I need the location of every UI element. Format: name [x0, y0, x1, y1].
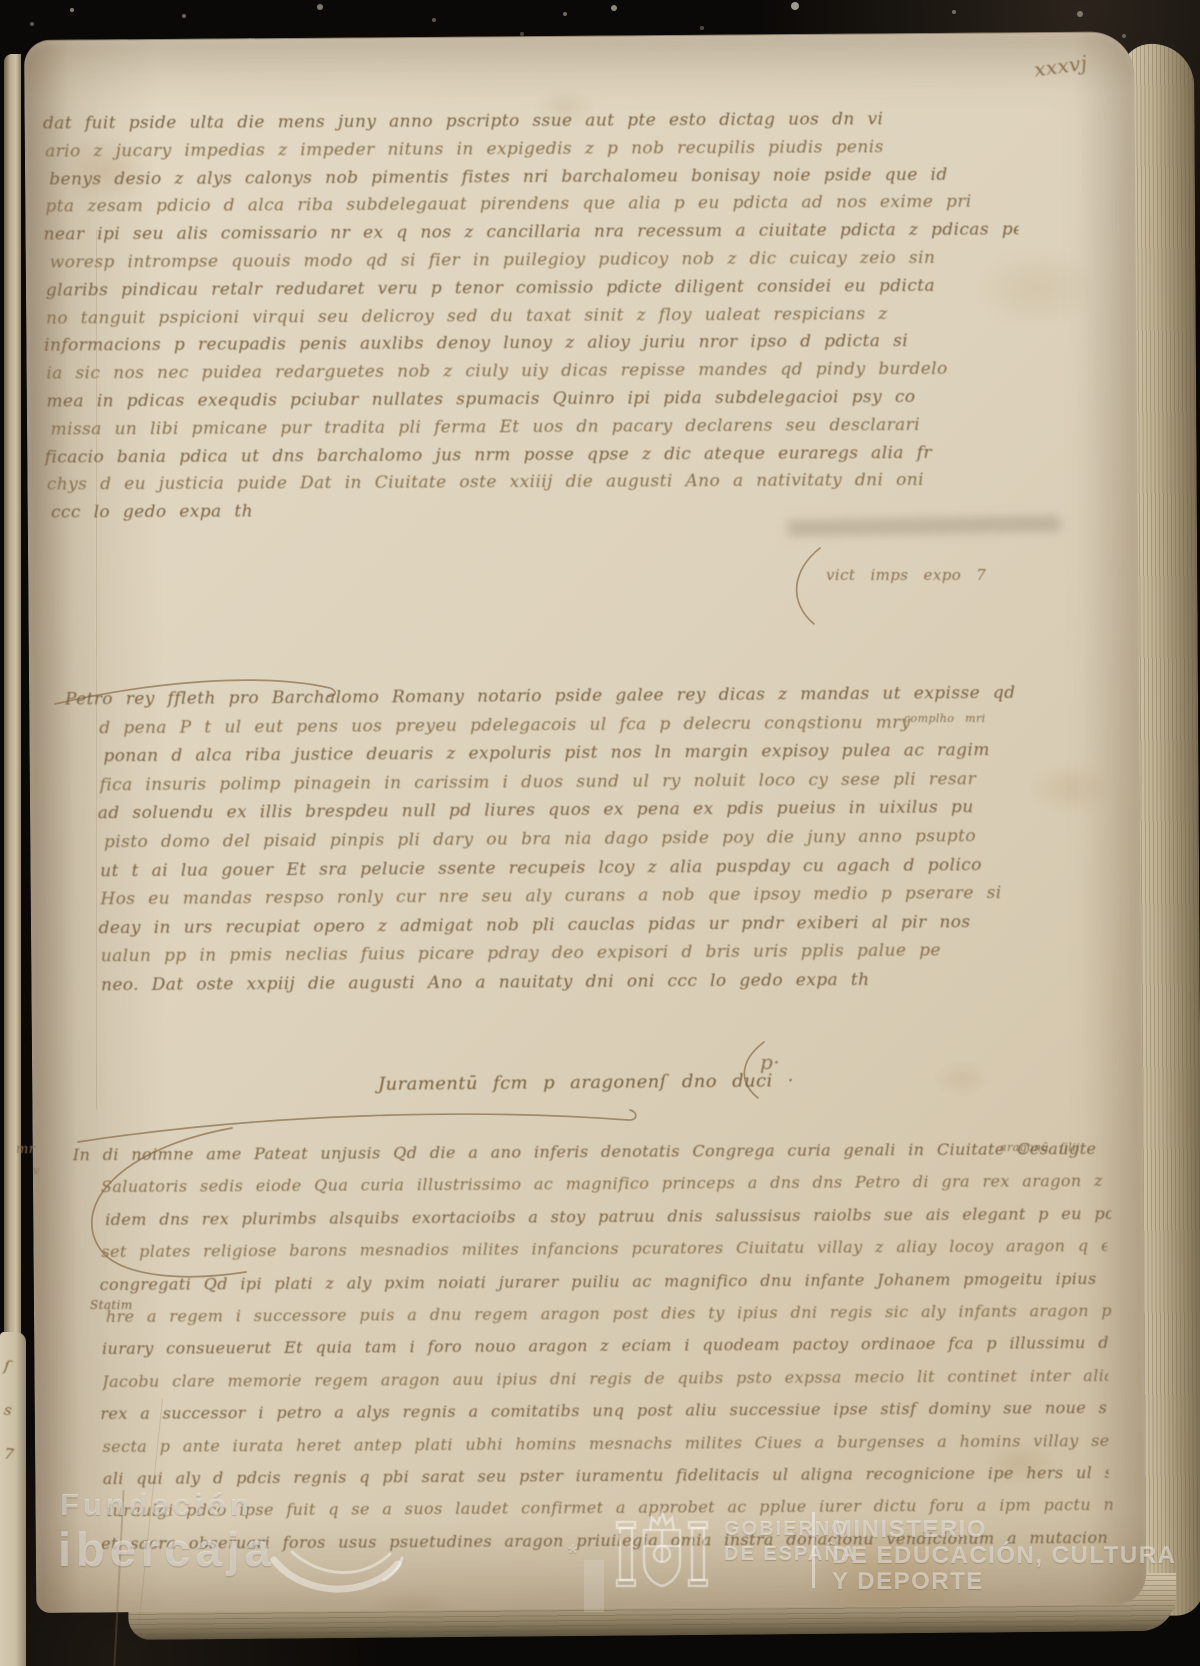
ibercaja-watermark-line2: ibercaja	[58, 1522, 276, 1577]
manuscript-line: informacions p recupadis penis auxlibs d…	[44, 328, 1019, 361]
section-heading: Juramentū fcm p aragonenſ dno duci ·	[378, 1070, 794, 1095]
manuscript-line: hre a regem i successore puis a dnu rege…	[106, 1295, 1112, 1334]
manuscript-line: rex a successor i petro a alys regnis a …	[100, 1392, 1106, 1431]
ibercaja-swoosh-icon	[266, 1534, 406, 1606]
manuscript-line: dat fuit pside ulta die mens juny anno p…	[43, 105, 1018, 138]
previous-page-sliver: ſs7	[0, 1332, 26, 1666]
ministerio-watermark-line1: MINISTERIO	[832, 1516, 987, 1544]
interlinear-note: complho mri	[904, 712, 986, 725]
ministerio-watermark-line3: Y DEPORTE	[832, 1568, 984, 1596]
ink-fragment: ſ	[3, 1357, 27, 1378]
manuscript-line: In di noimne ame Pateat unjusis Qd die a…	[73, 1133, 1105, 1172]
docket-note: vict imps expo 7	[826, 566, 986, 584]
spain-coat-of-arms-icon	[612, 1500, 712, 1600]
ibercaja-watermark-line1: Fundación	[60, 1487, 253, 1523]
ministerio-watermark-line2: DE EDUCACIÓN, CULTURA	[832, 1542, 1176, 1570]
watermark-divider-bar	[812, 1512, 815, 1588]
margin-note: mr	[16, 1142, 35, 1157]
manuscript-line: woresp intrompse quouis modo qd si fier …	[50, 244, 1025, 277]
manuscript-paragraph-2: Petro rey ffleth pro Barchalomo Romany n…	[99, 679, 1043, 1000]
gobierno-watermark-line1: GOBIERNO	[724, 1518, 849, 1541]
manuscript-line: glaribs pindicau retalr redudaret veru p…	[46, 272, 1021, 305]
watermark-faint-bar	[584, 1560, 604, 1612]
manuscript-photo: ſs7 xxxvj dat fuit pside ulta die mens j…	[0, 0, 1200, 1666]
manuscript-line: benys desio z alys calonys nob pimentis …	[49, 161, 1024, 194]
manuscript-paragraph-1: dat fuit pside ulta die mens juny anno p…	[45, 105, 1022, 527]
manuscript-line: idem dns rex plurimbs alsquibs exortacio…	[105, 1198, 1111, 1237]
watermark-asterisk: *	[568, 1540, 577, 1568]
manuscript-line: ccc lo gedo expa th	[51, 495, 1026, 528]
ink-fragment: 7	[3, 1445, 27, 1466]
dust-specks	[70, 8, 74, 12]
manuscript-line: ficacio bania pdica ut dns barchalomo ju…	[45, 439, 1020, 472]
ink-fragment: s	[3, 1401, 27, 1422]
margin-note-small: v	[33, 1164, 40, 1177]
